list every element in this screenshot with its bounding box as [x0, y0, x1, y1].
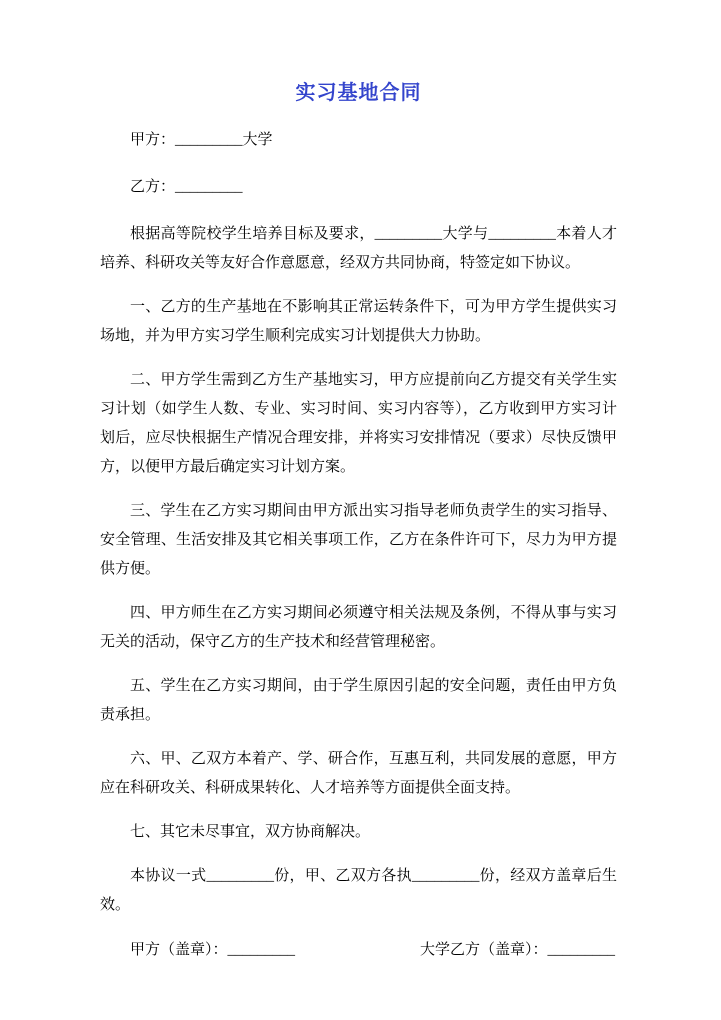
article-1-paragraph: 一、乙方的生产基地在不影响其正常运转条件下，可为甲方学生提供实习场地，并为甲方实… — [100, 293, 617, 351]
article-2-paragraph: 二、甲方学生需到乙方生产基地实习，甲方应提前向乙方提交有关学生实习计划（如学生人… — [100, 366, 617, 482]
article-4-paragraph: 四、甲方师生在乙方实习期间必须遵守相关法规及条例，不得从事与实习无关的活动，保守… — [100, 599, 617, 657]
party-b-line: 乙方：_________ — [100, 173, 617, 202]
contract-document-page: 实习基地合同 甲方：_________大学 乙方：_________ 根据高等院… — [0, 0, 721, 1020]
article-7-paragraph: 七、其它未尽事宜，双方协商解决。 — [100, 818, 617, 847]
preamble-paragraph: 根据高等院校学生培养目标及要求，_________大学与_________本着人… — [100, 220, 617, 278]
article-6-paragraph: 六、甲、乙双方本着产、学、研合作，互惠互利，共同发展的意愿，甲方应在科研攻关、科… — [100, 745, 617, 803]
party-a-line: 甲方：_________大学 — [100, 126, 617, 155]
page-title: 实习基地合同 — [100, 76, 617, 110]
party-a-signature-line: 甲方（盖章）：_________ — [100, 936, 295, 965]
party-b-signature-line: 大学乙方（盖章）：_________ — [420, 936, 615, 965]
article-5-paragraph: 五、学生在乙方实习期间，由于学生原因引起的安全问题，责任由甲方负责承担。 — [100, 672, 617, 730]
article-3-paragraph: 三、学生在乙方实习期间由甲方派出实习指导老师负责学生的实习指导、安全管理、生活安… — [100, 497, 617, 584]
signature-row: 甲方（盖章）：_________ 大学乙方（盖章）：_________ — [100, 936, 617, 965]
closing-copies-line: 本协议一式_________份，甲、乙双方各执_________份，经双方盖章后… — [100, 862, 617, 920]
